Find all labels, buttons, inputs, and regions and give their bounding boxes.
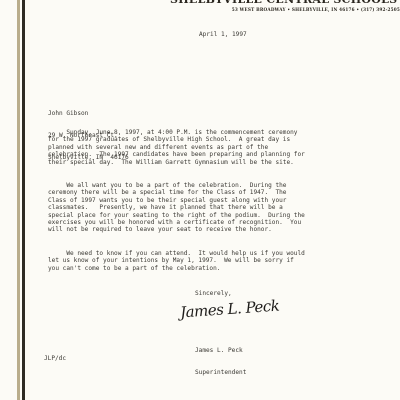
signer-title: Superintendent xyxy=(195,369,246,376)
handwritten-signature: James L. Peck xyxy=(179,297,279,322)
organization-name: SHELBYVILLE CENTRAL SCHOOLS CORP. xyxy=(170,0,400,6)
reference-initials: JLP/dc xyxy=(44,355,66,362)
margin-rule-dark xyxy=(22,0,25,400)
closing-salutation: Sincerely, xyxy=(195,290,232,297)
margin-rule-light xyxy=(17,0,20,400)
signer-name: James L. Peck xyxy=(195,347,246,354)
recipient-name: John Gibson xyxy=(48,110,129,117)
letter-date: April 1, 1997 xyxy=(199,31,247,38)
body-paragraph-1: Sunday, June 8, 1997, at 4:00 P.M. is th… xyxy=(48,129,305,166)
organization-address: 53 WEST BROADWAY • SHELBYVILLE, IN 46176… xyxy=(170,7,400,12)
signer-block: James L. Peck Superintendent xyxy=(195,332,246,391)
body-paragraph-2: We all want you to be a part of the cele… xyxy=(48,182,305,234)
body-paragraph-3: We need to know if you can attend. It wo… xyxy=(48,250,305,272)
letterhead: SHELBYVILLE CENTRAL SCHOOLS CORP. 53 WES… xyxy=(170,0,400,12)
letter-page: SHELBYVILLE CENTRAL SCHOOLS CORP. 53 WES… xyxy=(0,0,400,400)
